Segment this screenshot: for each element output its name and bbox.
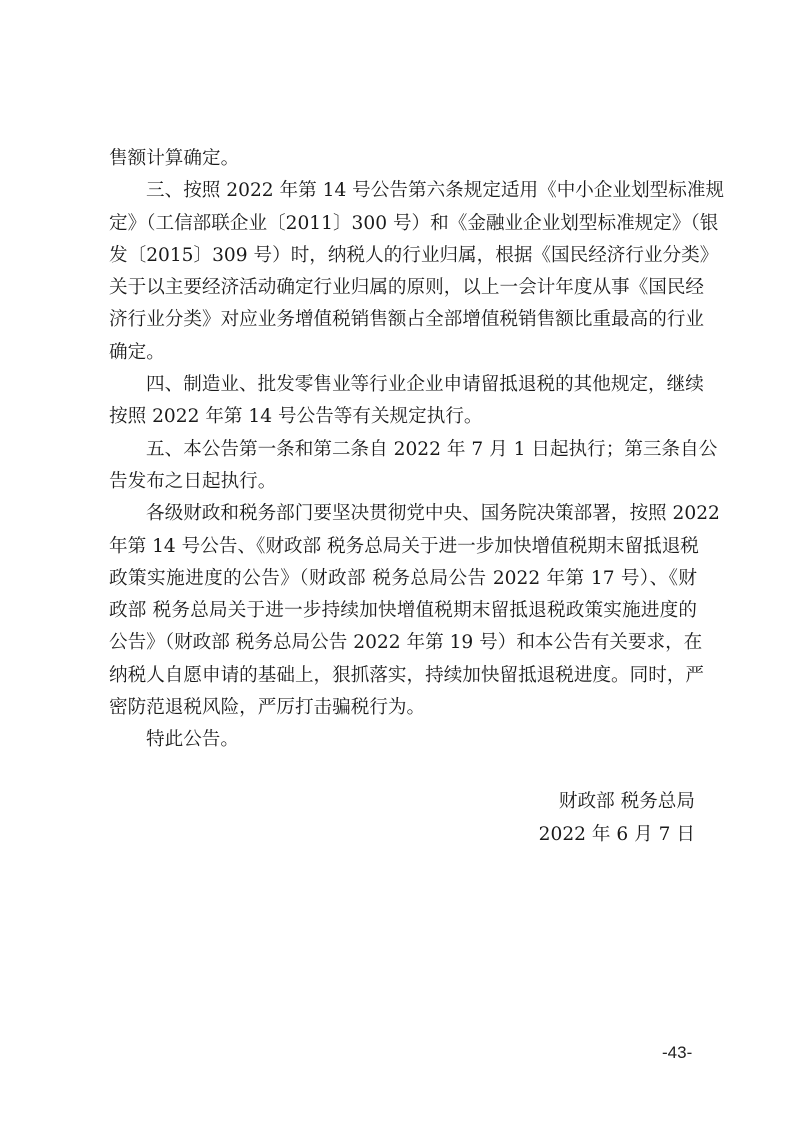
text-line: 发〔2015〕309 号）时，纳税人的行业归属，根据《国民经济行业分类》	[109, 240, 697, 272]
text-line: 五、本公告第一条和第二条自 2022 年 7 月 1 日起执行；第三条自公	[109, 434, 697, 466]
text-line: 特此公告。	[109, 724, 697, 756]
text-line: 各级财政和税务部门要坚决贯彻党中央、国务院决策部署，按照 2022	[109, 498, 697, 530]
text-line: 按照 2022 年第 14 号公告等有关规定执行。	[109, 401, 697, 433]
text-line: 售额计算确定。	[109, 143, 697, 175]
text-line: 政部 税务总局关于进一步持续加快增值税期末留抵退税政策实施进度的	[109, 595, 697, 627]
text-line: 告发布之日起执行。	[109, 466, 697, 498]
document-body: 售额计算确定。 三、按照 2022 年第 14 号公告第六条规定适用《中小企业划…	[109, 143, 697, 757]
page-number: -43-	[662, 1043, 692, 1063]
signature-organization: 财政部 税务总局	[495, 787, 695, 813]
text-line: 公告》（财政部 税务总局公告 2022 年第 19 号）和本公告有关要求，在	[109, 627, 697, 659]
text-line: 关于以主要经济活动确定行业归属的原则，以上一会计年度从事《国民经	[109, 272, 697, 304]
text-line: 密防范退税风险，严厉打击骗税行为。	[109, 692, 697, 724]
text-line: 确定。	[109, 337, 697, 369]
text-line: 政策实施进度的公告》（财政部 税务总局公告 2022 年第 17 号）、《财	[109, 563, 697, 595]
text-line: 四、制造业、批发零售业等行业企业申请留抵退税的其他规定，继续	[109, 369, 697, 401]
text-line: 定》（工信部联企业〔2011〕300 号）和《金融业企业划型标准规定》（银	[109, 208, 697, 240]
text-line: 三、按照 2022 年第 14 号公告第六条规定适用《中小企业划型标准规	[109, 175, 697, 207]
text-line: 年第 14 号公告、《财政部 税务总局关于进一步加快增值税期末留抵退税	[109, 531, 697, 563]
signature-date: 2022 年 6 月 7 日	[495, 820, 695, 846]
text-line: 纳税人自愿申请的基础上，狠抓落实，持续加快留抵退税进度。同时，严	[109, 660, 697, 692]
text-line: 济行业分类》对应业务增值税销售额占全部增值税销售额比重最高的行业	[109, 304, 697, 336]
